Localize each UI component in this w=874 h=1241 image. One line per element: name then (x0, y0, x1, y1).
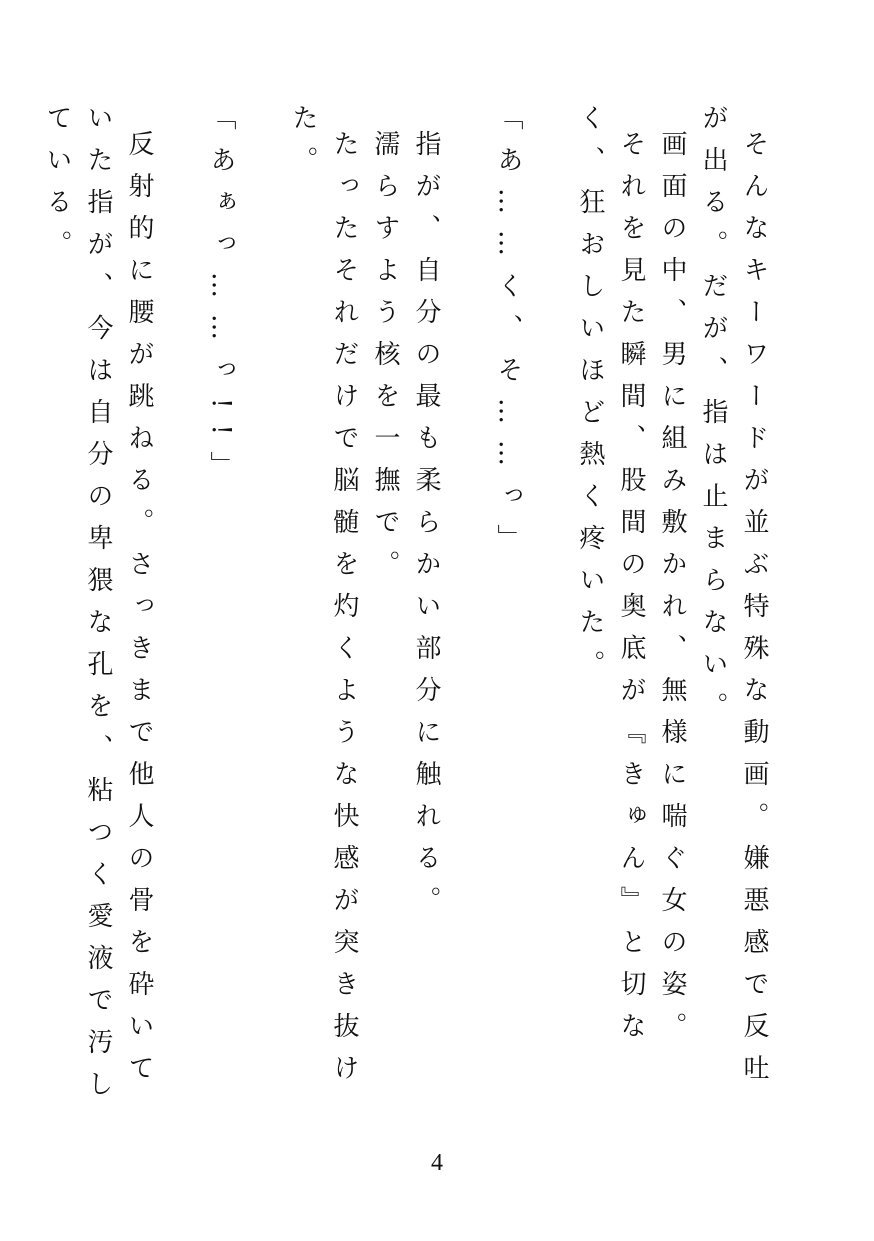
blank-line (528, 104, 569, 1124)
vertical-text-body: そんなキーワードが並ぶ特殊な動画。嫌悪感で反吐が出る。だが、指は止まらない。 画… (36, 104, 774, 1124)
paragraph-narration: 濡らすよう核を一撫で。 (364, 104, 405, 1124)
paragraph-narration: 画面の中、男に組み敷かれ、無様に喘ぐ女の姿。 (651, 104, 692, 1124)
book-page: そんなキーワードが並ぶ特殊な動画。嫌悪感で反吐が出る。だが、指は止まらない。 画… (0, 0, 874, 1241)
blank-line (159, 104, 200, 1124)
paragraph-narration: 反射的に腰が跳ねる。さっきまで他人の骨を砕いていた指が、今は自分の卑猥な孔を、粘… (36, 104, 159, 1124)
paragraph-dialogue: 「あぁっ……っ!!」 (200, 104, 241, 1124)
blank-line (241, 104, 282, 1124)
paragraph-narration: そんなキーワードが並ぶ特殊な動画。嫌悪感で反吐が出る。だが、指は止まらない。 (692, 104, 774, 1124)
page-number: 4 (0, 1150, 874, 1177)
paragraph-narration: たったそれだけで脳髄を灼くような快感が突き抜けた。 (282, 104, 364, 1124)
paragraph-narration: 指が、自分の最も柔らかい部分に触れる。 (405, 104, 446, 1124)
paragraph-dialogue: 「あ……く、そ……っ」 (487, 104, 528, 1124)
paragraph-narration: それを見た瞬間、股間の奥底が『きゅん』と切なく、狂おしいほど熱く疼いた。 (569, 104, 651, 1124)
blank-line (446, 104, 487, 1124)
